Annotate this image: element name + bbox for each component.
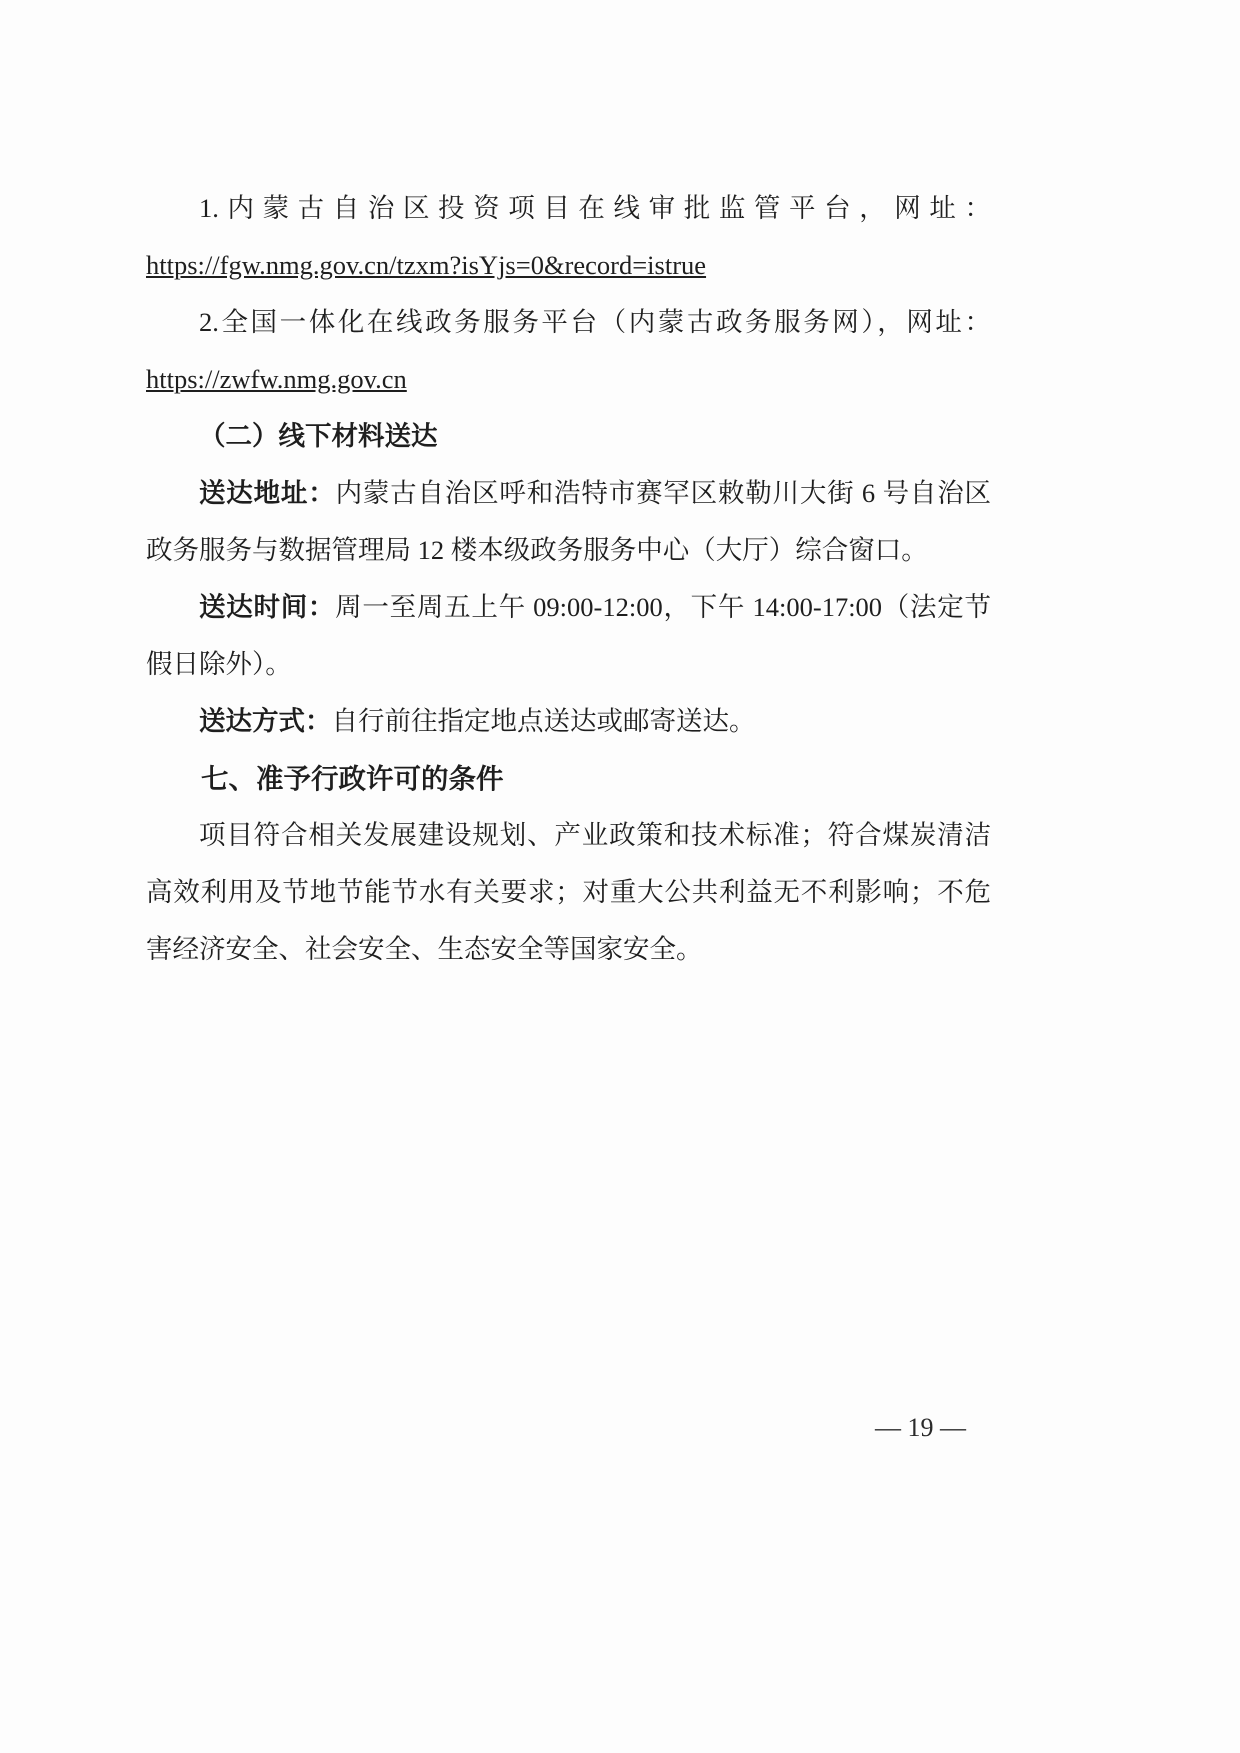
paragraph-online-platform-2: 2.全国一体化在线政务服务平台（内蒙古政务服务网），网址：https://zwf… xyxy=(146,294,991,408)
delivery-method-label: 送达方式： xyxy=(199,706,332,736)
paragraph-delivery-method: 送达方式：自行前往指定地点送达或邮寄送达。 xyxy=(146,693,991,750)
document-page: 1.内蒙古自治区投资项目在线审批监管平台，网址：https://fgw.nmg.… xyxy=(0,0,1240,1753)
document-body: 1.内蒙古自治区投资项目在线审批监管平台，网址：https://fgw.nmg.… xyxy=(146,180,991,978)
online-platform-1-link[interactable]: https://fgw.nmg.gov.cn/tzxm?isYjs=0&reco… xyxy=(146,250,706,280)
paragraph-delivery-time: 送达时间：周一至周五上午 09:00-12:00，下午 14:00-17:00（… xyxy=(146,579,991,693)
delivery-method-text: 自行前往指定地点送达或邮寄送达。 xyxy=(332,706,756,736)
online-platform-2-text: 2.全国一体化在线政务服务平台（内蒙古政务服务网），网址： xyxy=(199,307,991,337)
delivery-time-label: 送达时间： xyxy=(199,592,335,622)
delivery-address-label: 送达地址： xyxy=(199,478,336,508)
section-7-heading: 七、准予行政许可的条件 xyxy=(146,750,991,807)
page-number-footer: — 19 — xyxy=(0,1408,966,1448)
online-platform-1-text: 1.内蒙古自治区投资项目在线审批监管平台，网址： xyxy=(199,193,991,223)
paragraph-online-platform-1: 1.内蒙古自治区投资项目在线审批监管平台，网址：https://fgw.nmg.… xyxy=(146,180,991,294)
paragraph-delivery-address: 送达地址：内蒙古自治区呼和浩特市赛罕区敕勒川大街 6 号自治区政务服务与数据管理… xyxy=(146,465,991,579)
section-7-paragraph: 项目符合相关发展建设规划、产业政策和技术标准；符合煤炭清洁高效利用及节地节能节水… xyxy=(146,807,991,978)
online-platform-2-link[interactable]: https://zwfw.nmg.gov.cn xyxy=(146,364,407,394)
offline-delivery-heading: （二）线下材料送达 xyxy=(146,408,991,465)
